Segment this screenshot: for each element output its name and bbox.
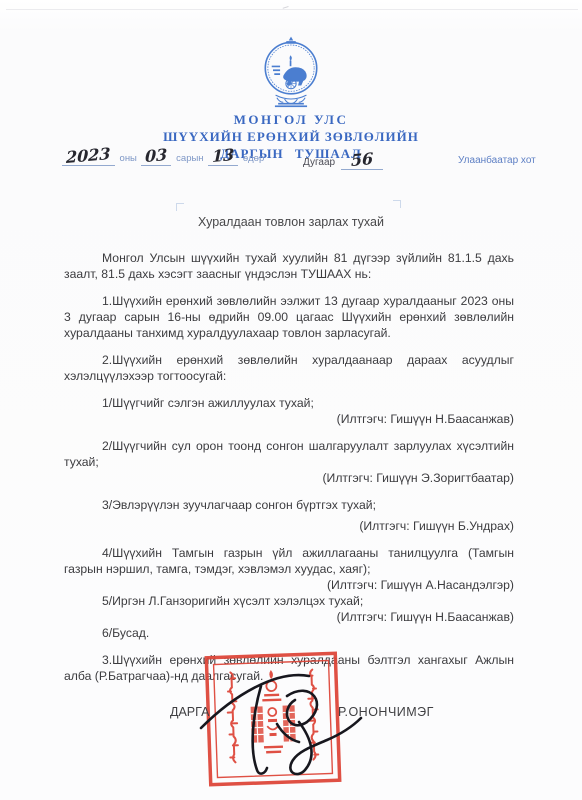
scan-artifact-speck xyxy=(281,2,288,9)
clause-1-paragraph: 1.Шүүхийн ерөнхий зөвлөлийн ээлжит 13 ду… xyxy=(64,293,514,341)
scanned-order-document: МОНГОЛ УЛС ШҮҮХИЙН ЕРӨНХИЙ ЗӨВЛӨЛИЙН ДАР… xyxy=(0,0,582,800)
number-blank: 56 xyxy=(341,152,383,170)
handwritten-number: 56 xyxy=(351,151,373,169)
scan-artifact-line xyxy=(6,9,578,10)
agenda-item: 5/Иргэн Л.Ганзоригийн хүсэлт хэлэлцэх ту… xyxy=(64,593,514,609)
handwritten-day: 13 xyxy=(211,147,233,165)
month-blank: 03 xyxy=(141,148,171,166)
mongolia-state-emblem-icon xyxy=(253,36,329,108)
clause-2-paragraph: 2.Шүүхийн ерөнхий зөвлөлийн хуралдаанаар… xyxy=(64,352,514,384)
date-group: 2023 оны 03 сарын 13 өдөр xyxy=(62,148,268,166)
organization-name: ШҮҮХИЙН ЕРӨНХИЙ ЗӨВЛӨЛИЙН xyxy=(0,129,582,145)
handwritten-year: 2023 xyxy=(66,146,111,166)
date-number-line: 2023 оны 03 сарын 13 өдөр Дугаар 56 Улаа… xyxy=(0,148,582,182)
agenda-presenter: (Илтгэгч: Гишүүн А.Насандэлгэр) xyxy=(64,577,514,593)
document-body: Монгол Улсын шүүхийн тухай хуулийн 81 дү… xyxy=(64,250,514,684)
number-label: Дугаар xyxy=(303,157,335,168)
handwritten-signature-icon xyxy=(193,664,363,792)
day-blank: 13 xyxy=(208,148,238,166)
document-header: МОНГОЛ УЛС ШҮҮХИЙН ЕРӨНХИЙ ЗӨВЛӨЛИЙН ДАР… xyxy=(0,36,582,162)
agenda-presenter: (Илтгэгч: Гишүүн Б.Ундрах) xyxy=(64,518,514,534)
year-label: оны xyxy=(120,153,137,164)
city-label: Улаанбаатар хот xyxy=(458,155,536,166)
agenda-item: 3/Эвлэрүүлэн зуучлагчаар сонгон бүртгэх … xyxy=(64,497,514,513)
scan-corner-mark-right xyxy=(393,200,401,208)
handwritten-month: 03 xyxy=(145,147,167,165)
agenda-presenter: (Илтгэгч: Гишүүн Н.Баасанжав) xyxy=(64,411,514,427)
month-label: сарын xyxy=(176,153,203,164)
agenda-presenter: (Илтгэгч: Гишүүн Н.Баасанжав) xyxy=(64,609,514,625)
scan-corner-mark-left xyxy=(176,203,184,211)
number-group: Дугаар 56 xyxy=(303,152,383,170)
day-label: өдөр xyxy=(243,153,264,164)
agenda-item: 6/Бусад. xyxy=(64,625,514,641)
agenda-item: 2/Шүүгчийн сул орон тоонд сонгон шалгару… xyxy=(64,438,514,470)
agenda-item: 1/Шүүгчийг сэлгэн ажиллуулах тухай; xyxy=(64,395,514,411)
country-name: МОНГОЛ УЛС xyxy=(0,112,582,128)
preamble-paragraph: Монгол Улсын шүүхийн тухай хуулийн 81 дү… xyxy=(64,250,514,282)
agenda-presenter: (Илтгэгч: Гишүүн Э.Зоригтбаатар) xyxy=(64,470,514,486)
year-blank: 2023 xyxy=(62,148,115,166)
document-title: Хуралдаан товлон зарлах тухай xyxy=(0,215,582,229)
agenda-item: 4/Шүүхийн Тамгын газрын үйл ажиллагааны … xyxy=(64,545,514,577)
